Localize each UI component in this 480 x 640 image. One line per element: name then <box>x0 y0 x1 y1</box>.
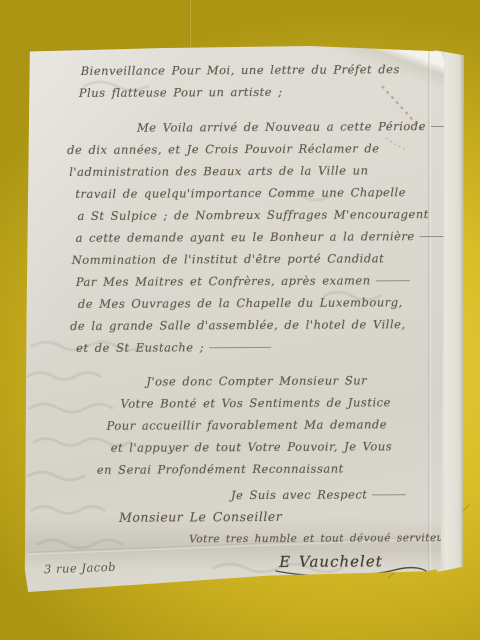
letter-line: en Serai Profondément Reconnaissant <box>97 457 435 481</box>
letter-line: travail de quelqu'importance Comme une C… <box>75 181 433 205</box>
closing-line: Je Suis avec Respect <box>231 483 435 506</box>
signature-flourish <box>273 558 433 581</box>
letter-line: a cette demande ayant eu le Bonheur a la… <box>76 225 434 249</box>
letter-line: a St Sulpice ; de Nombreux Suffrages M'e… <box>77 203 433 227</box>
letter-line: de dix années, et Je Crois Pouvoir Récla… <box>67 137 433 161</box>
address-note: 3 rue Jacob <box>44 560 116 577</box>
photo-of-handwritten-letter: Bienveillance Pour Moi, une lettre du Pr… <box>0 0 480 640</box>
letter-line: de la grande Salle d'assemblée, de l'hot… <box>70 313 434 337</box>
letter-line: Votre Bonté et Vos Sentiments de Justice <box>120 391 434 415</box>
valediction-line: Votre tres humble et tout dévoué servite… <box>189 527 435 550</box>
letter-line: Me Voila arrivé de Nouveau a cette Pério… <box>137 115 433 139</box>
letter-line: et l'appuyer de tout Votre Pouvoir, Je V… <box>111 435 435 459</box>
letter-line: Par Mes Maitres et Confrères, après exam… <box>76 269 434 293</box>
letter-body: Bienveillance Pour Moi, une lettre du Pr… <box>67 58 436 576</box>
letter-line: de Mes Ouvrages de la Chapelle du Luxemb… <box>78 291 434 315</box>
letter-line: Nommination de l'institut d'être porté C… <box>72 247 434 271</box>
salutation-line: Monsieur Le Conseiller <box>119 505 435 529</box>
letter-line: Bienveillance Pour Moi, une lettre du Pr… <box>81 58 433 82</box>
letter-line: Pour accueillir favorablement Ma demande <box>107 413 435 437</box>
letter-line: Plus flatteuse Pour un artiste ; <box>79 80 433 104</box>
letter-paper: Bienveillance Pour Moi, une lettre du Pr… <box>24 46 444 592</box>
background-fold-line <box>189 0 191 50</box>
letter-line: et de St Eustache ; <box>76 335 434 359</box>
signature-row: E Vauchelet <box>279 550 435 575</box>
letter-line: J'ose donc Compter Monsieur Sur <box>146 369 434 393</box>
letter-line: l'administration des Beaux arts de la Vi… <box>69 159 433 183</box>
